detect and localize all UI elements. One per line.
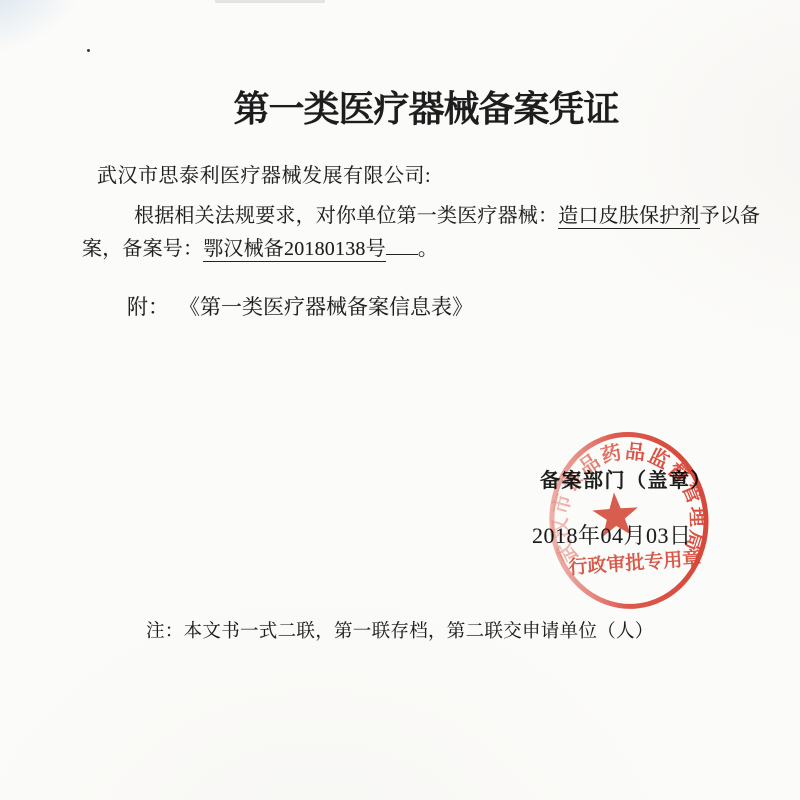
stamp-caption: 备案部门（盖章） (540, 464, 712, 493)
scan-speck (87, 49, 90, 52)
body-line-2: 案，备案号：鄂汉械备20180138号。 (82, 232, 438, 261)
seal-bottom-text: 行政审批专用章 (568, 546, 702, 578)
attachment-line: 附：《第一类医疗器械备案信息表》 (127, 291, 473, 321)
body-line-2-prefix: 案，备案号： (82, 238, 203, 260)
page-title: 第一类医疗器械备案凭证 (233, 81, 618, 132)
attachment-title: 《第一类医疗器械备案信息表》 (179, 295, 473, 319)
recipient-line: 武汉市思泰利医疗器械发展有限公司: (97, 159, 431, 188)
attachment-label: 附： (127, 295, 169, 319)
underline-blank-space (386, 234, 418, 255)
body-line-1-prefix: 根据相关法规要求，对你单位第一类医疗器械： (134, 205, 558, 227)
device-name-underlined: 造口皮肤保护剂 (558, 205, 699, 229)
body-line-1: 根据相关法规要求，对你单位第一类医疗器械：造口皮肤保护剂予以备 (134, 199, 760, 228)
filing-number-underlined: 鄂汉械备20180138号 (203, 238, 386, 262)
scanned-certificate-page: 第一类医疗器械备案凭证 武汉市思泰利医疗器械发展有限公司: 根据相关法规要求，对… (0, 0, 800, 800)
scan-edge-artifact (215, 0, 325, 3)
filing-date: 2018年04月03日 (532, 519, 692, 550)
body-line-2-suffix: 。 (418, 238, 438, 260)
body-line-1-suffix: 予以备 (700, 205, 761, 227)
footer-note: 注：本文书一式二联，第一联存档，第二联交申请单位（人） (146, 617, 654, 643)
